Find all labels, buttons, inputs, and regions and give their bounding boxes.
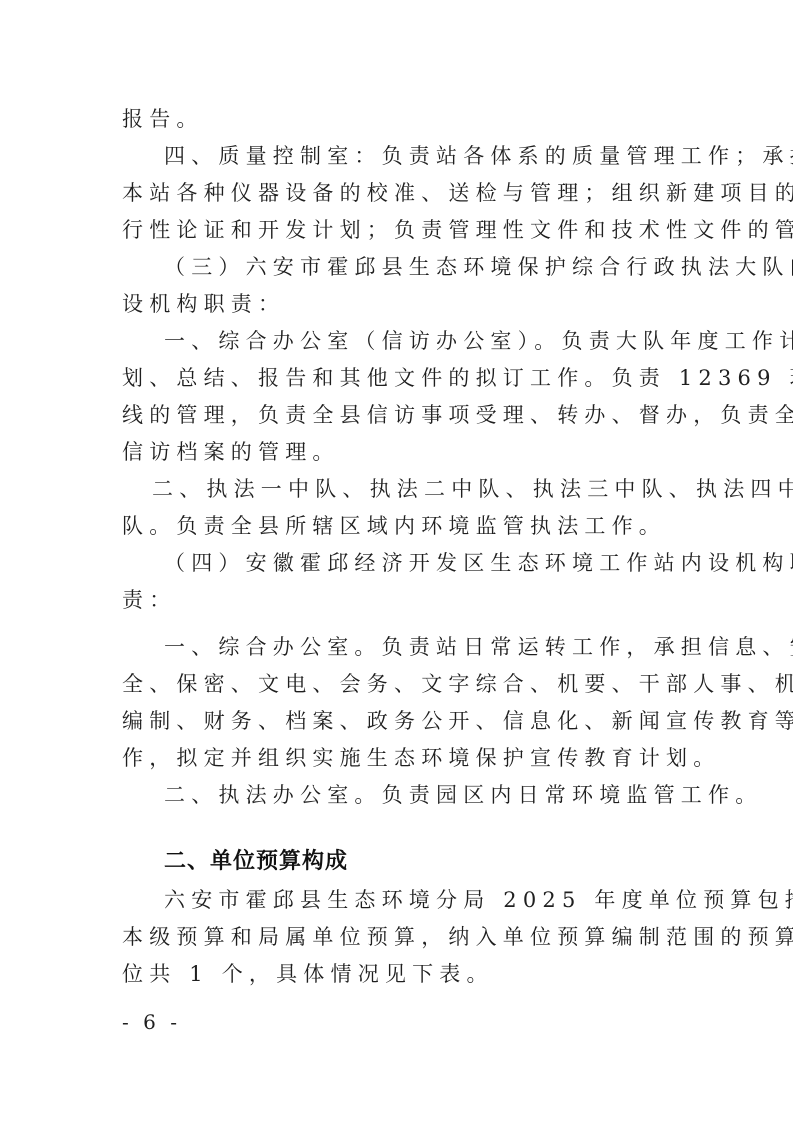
text-line: 本站各种仪器设备的校准、送检与管理；组织新建项目的可	[122, 179, 682, 207]
section-heading: 二、单位预算构成	[164, 848, 348, 876]
page-number: - 6 -	[122, 1008, 181, 1036]
paragraph-general-office: 一、综合办公室（信访办公室）。负责大队年度工作计	[164, 327, 682, 355]
text-line: 全、保密、文电、会务、文字综合、机要、干部人事、机构	[122, 670, 682, 698]
paragraph-enforcement-office: 二、执法办公室。负责园区内日常环境监管工作。	[164, 781, 682, 809]
paragraph-budget-composition: 六安市霍邱县生态环境分局 2025 年度单位预算包括局	[164, 886, 682, 914]
document-page: 报告。 四、质量控制室：负责站各体系的质量管理工作；承担 本站各种仪器设备的校准…	[0, 0, 793, 1122]
text-line: 行性论证和开发计划；负责管理性文件和技术性文件的管理。	[122, 216, 682, 244]
text-line: 队。负责全县所辖区域内环境监管执法工作。	[122, 512, 682, 540]
paragraph-enforcement-squads: 二、执法一中队、执法二中队、执法三中队、执法四中	[152, 475, 682, 503]
text-line: 责：	[122, 586, 682, 614]
text-line: 位共 1 个，具体情况见下表。	[122, 960, 682, 988]
text-line: 信访档案的管理。	[122, 438, 682, 466]
subsection-heading-dev-zone-station: （四）安徽霍邱经济开发区生态环境工作站内设机构职	[164, 549, 682, 577]
paragraph-station-general-office: 一、综合办公室。负责站日常运转工作，承担信息、安	[164, 633, 682, 661]
text-line: 本级预算和局属单位预算，纳入单位预算编制范围的预算单	[122, 923, 682, 951]
text-line: 划、总结、报告和其他文件的拟订工作。负责 12369 环保热	[122, 364, 682, 392]
text-line: 编制、财务、档案、政务公开、信息化、新闻宣传教育等工	[122, 707, 682, 735]
text-line: 线的管理，负责全县信访事项受理、转办、督办，负责全县	[122, 401, 682, 429]
text-line: 报告。	[122, 105, 682, 133]
text-line: 设机构职责：	[122, 290, 682, 318]
text-line: 作，拟定并组织实施生态环境保护宣传教育计划。	[122, 744, 682, 772]
subsection-heading-enforcement-brigade: （三）六安市霍邱县生态环境保护综合行政执法大队内	[164, 253, 682, 281]
paragraph-quality-control-room: 四、质量控制室：负责站各体系的质量管理工作；承担	[164, 142, 682, 170]
